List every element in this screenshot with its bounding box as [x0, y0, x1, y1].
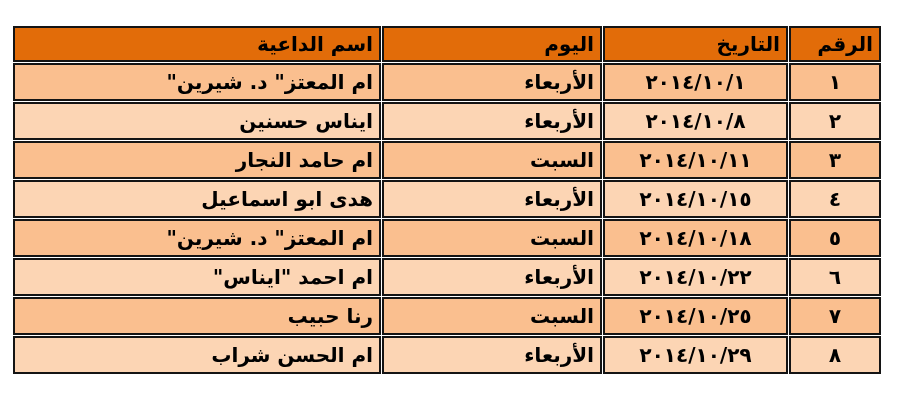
table-row: ٢ ٢٠١٤/١٠/٨ الأربعاء ايناس حسنين [13, 102, 881, 140]
day-cell: السبت [382, 297, 602, 335]
number-cell: ٦ [789, 258, 881, 296]
preacher-name-cell: ايناس حسنين [13, 102, 381, 140]
table-row: ٣ ٢٠١٤/١٠/١١ السبت ام حامد النجار [13, 141, 881, 179]
date-cell: ٢٠١٤/١٠/١٨ [603, 219, 788, 257]
day-cell: السبت [382, 219, 602, 257]
column-header-number: الرقم [789, 26, 881, 62]
column-header-day: اليوم [382, 26, 602, 62]
preacher-name-cell: رنا حبيب [13, 297, 381, 335]
table-row: ٤ ٢٠١٤/١٠/١٥ الأربعاء هدى ابو اسماعيل [13, 180, 881, 218]
date-cell: ٢٠١٤/١٠/١٥ [603, 180, 788, 218]
date-cell: ٢٠١٤/١٠/٢٢ [603, 258, 788, 296]
preacher-name-cell: ام المعتز" د. شيرين" [13, 63, 381, 101]
number-cell: ٨ [789, 336, 881, 374]
number-cell: ٥ [789, 219, 881, 257]
day-cell: الأربعاء [382, 63, 602, 101]
number-cell: ٣ [789, 141, 881, 179]
table-body: ١ ٢٠١٤/١٠/١ الأربعاء ام المعتز" د. شيرين… [13, 63, 881, 374]
header-row: الرقم التاريخ اليوم اسم الداعية [13, 26, 881, 62]
page: الرقم التاريخ اليوم اسم الداعية ١ ٢٠١٤/١… [0, 0, 900, 402]
day-cell: الأربعاء [382, 102, 602, 140]
preacher-schedule-table: الرقم التاريخ اليوم اسم الداعية ١ ٢٠١٤/١… [12, 25, 882, 375]
date-cell: ٢٠١٤/١٠/٢٩ [603, 336, 788, 374]
preacher-name-cell: ام المعتز" د. شيرين" [13, 219, 381, 257]
table-row: ٦ ٢٠١٤/١٠/٢٢ الأربعاء ام احمد "ايناس" [13, 258, 881, 296]
number-cell: ١ [789, 63, 881, 101]
date-cell: ٢٠١٤/١٠/١١ [603, 141, 788, 179]
column-header-date: التاريخ [603, 26, 788, 62]
preacher-name-cell: ام حامد النجار [13, 141, 381, 179]
column-header-name: اسم الداعية [13, 26, 381, 62]
preacher-name-cell: هدى ابو اسماعيل [13, 180, 381, 218]
date-cell: ٢٠١٤/١٠/٢٥ [603, 297, 788, 335]
number-cell: ٧ [789, 297, 881, 335]
number-cell: ٢ [789, 102, 881, 140]
preacher-name-cell: ام الحسن شراب [13, 336, 381, 374]
table-row: ٥ ٢٠١٤/١٠/١٨ السبت ام المعتز" د. شيرين" [13, 219, 881, 257]
day-cell: الأربعاء [382, 258, 602, 296]
table-row: ٨ ٢٠١٤/١٠/٢٩ الأربعاء ام الحسن شراب [13, 336, 881, 374]
table-header: الرقم التاريخ اليوم اسم الداعية [13, 26, 881, 62]
date-cell: ٢٠١٤/١٠/٨ [603, 102, 788, 140]
number-cell: ٤ [789, 180, 881, 218]
date-cell: ٢٠١٤/١٠/١ [603, 63, 788, 101]
day-cell: السبت [382, 141, 602, 179]
preacher-name-cell: ام احمد "ايناس" [13, 258, 381, 296]
day-cell: الأربعاء [382, 180, 602, 218]
schedule-table-container: الرقم التاريخ اليوم اسم الداعية ١ ٢٠١٤/١… [10, 25, 882, 375]
table-row: ١ ٢٠١٤/١٠/١ الأربعاء ام المعتز" د. شيرين… [13, 63, 881, 101]
day-cell: الأربعاء [382, 336, 602, 374]
table-row: ٧ ٢٠١٤/١٠/٢٥ السبت رنا حبيب [13, 297, 881, 335]
